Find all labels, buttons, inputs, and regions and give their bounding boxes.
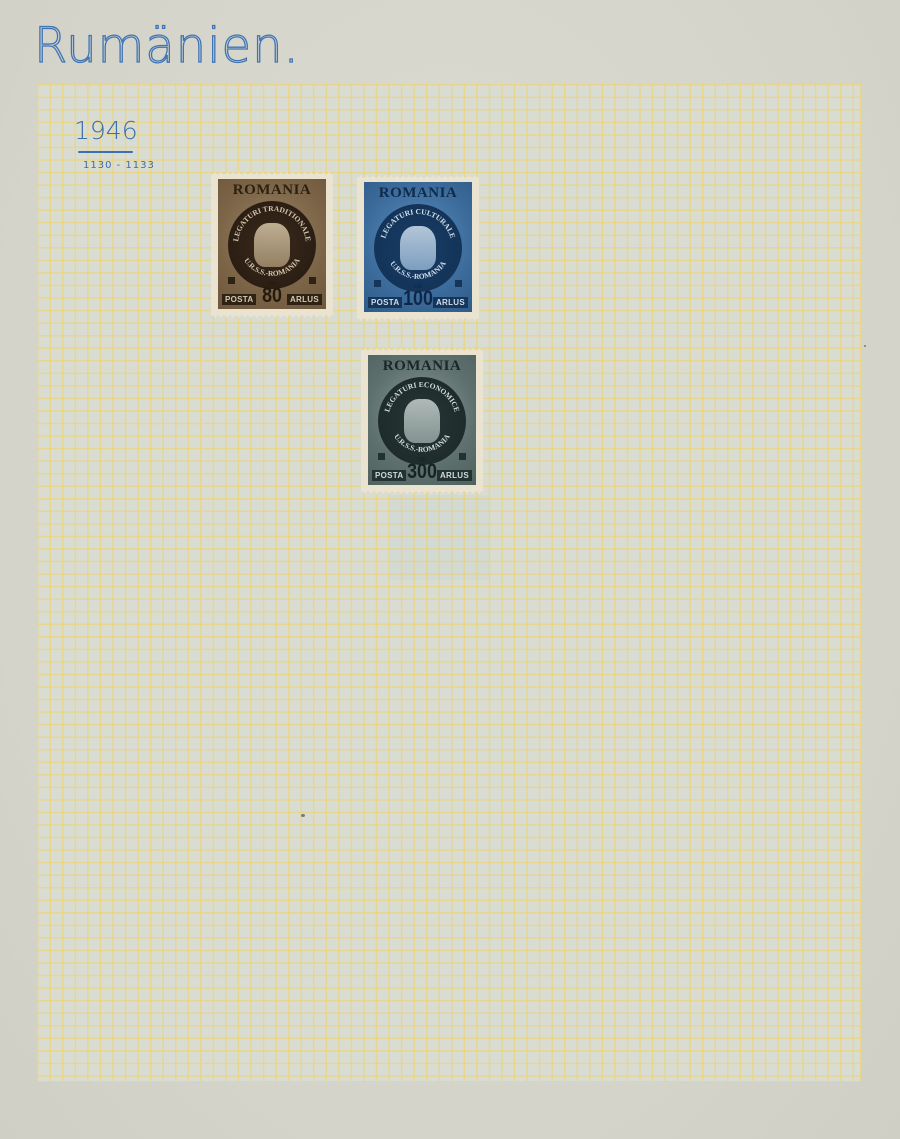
flag-icon	[228, 277, 235, 284]
flag-icon	[459, 453, 466, 460]
medallion-inscription: LEGATURI TRADITIONALE U.R.S.S.-ROMANIA	[228, 201, 316, 289]
stamp-100-lei[interactable]: ROMANIA LEGATURI CULTURALE U.R.S.S.-ROMA…	[357, 175, 479, 321]
stamp-medallion: LEGATURI TRADITIONALE U.R.S.S.-ROMANIA	[228, 201, 316, 289]
flag-icon	[455, 280, 462, 287]
flag-icon	[309, 277, 316, 284]
stamp-80-lei[interactable]: ROMANIA LEGATURI TRADITIONALE U.R.S.S.-R…	[211, 172, 333, 318]
missing-stamp-ghost	[390, 495, 490, 580]
svg-text:U.R.S.S.-ROMANIA: U.R.S.S.-ROMANIA	[242, 256, 302, 278]
year-heading: 1946	[74, 116, 138, 145]
stamp-right-label: ARLUS	[287, 294, 322, 305]
year-underline	[78, 151, 133, 153]
svg-text:LEGATURI ECONOMICE: LEGATURI ECONOMICE	[382, 380, 461, 413]
paper-speck	[864, 345, 866, 347]
stamp-country: ROMANIA	[368, 358, 476, 375]
stamp-medallion: LEGATURI ECONOMICE U.R.S.S.-ROMANIA	[378, 377, 466, 465]
page-title: Rumänien.	[34, 22, 300, 70]
paper-speck	[301, 814, 305, 817]
flag-icon	[374, 280, 381, 287]
stamp-right-label: ARLUS	[433, 297, 468, 308]
stamp-medallion: LEGATURI CULTURALE U.R.S.S.-ROMANIA	[374, 204, 462, 292]
stamp-300-lei[interactable]: ROMANIA LEGATURI ECONOMICE U.R.S.S.-ROMA…	[361, 348, 483, 494]
svg-text:LEGATURI CULTURALE: LEGATURI CULTURALE	[379, 207, 458, 239]
stamp-country: ROMANIA	[218, 182, 326, 199]
catalog-number-range: 1130 - 1133	[83, 160, 155, 171]
stamp-right-label: ARLUS	[437, 470, 472, 481]
flag-icon	[378, 453, 385, 460]
stamp-country: ROMANIA	[364, 185, 472, 202]
svg-text:U.R.S.S.-ROMANIA: U.R.S.S.-ROMANIA	[392, 432, 452, 454]
medallion-inscription: LEGATURI CULTURALE U.R.S.S.-ROMANIA	[374, 204, 462, 292]
svg-text:LEGATURI TRADITIONALE: LEGATURI TRADITIONALE	[231, 204, 313, 242]
medallion-inscription: LEGATURI ECONOMICE U.R.S.S.-ROMANIA	[378, 377, 466, 465]
svg-text:U.R.S.S.-ROMANIA: U.R.S.S.-ROMANIA	[388, 259, 448, 281]
